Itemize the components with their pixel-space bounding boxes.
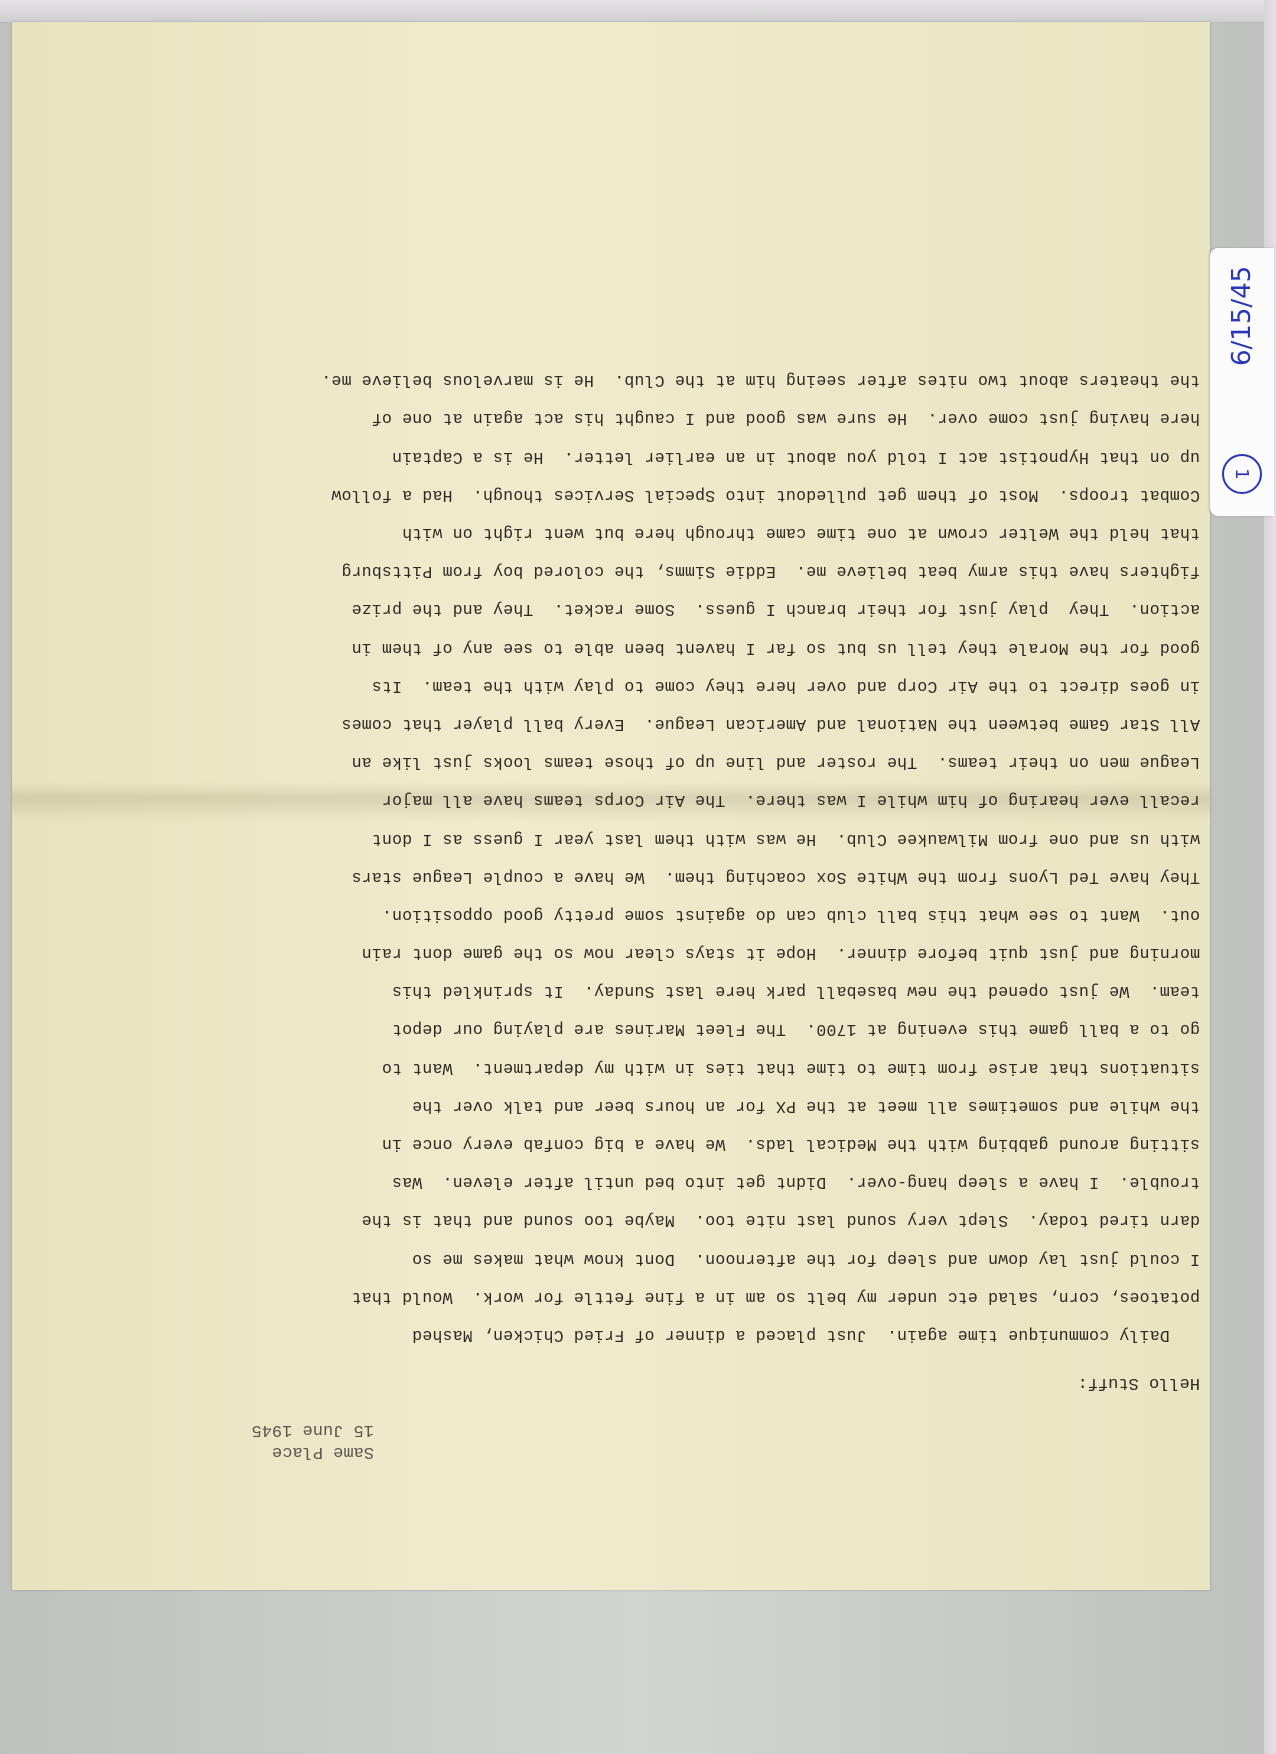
body-line: recall ever hearing of him while I was t… xyxy=(40,781,1200,819)
body-line: fighters have this army beat believe me.… xyxy=(40,552,1200,590)
heading-place: Same Place xyxy=(94,1440,374,1462)
body-line: All Star Game between the National and A… xyxy=(40,705,1200,743)
tab-date-handwritten: 6/15/45 xyxy=(1216,266,1268,366)
body-line: They have Ted Lyons from the White Sox c… xyxy=(40,858,1200,896)
body-line: in goes direct to the Air Corp and over … xyxy=(40,667,1200,705)
body-line: the theaters about two nites after seein… xyxy=(40,361,1200,399)
letter-body: Daily communique time again. Just placed… xyxy=(40,361,1200,1354)
body-line: good for the Morale they tell us but so … xyxy=(40,628,1200,666)
body-line: I could just lay down and sleep for the … xyxy=(40,1239,1200,1277)
body-line: League men on their teams. The roster an… xyxy=(40,743,1200,781)
body-line: Combat troops. Most of them get pulledou… xyxy=(40,476,1200,514)
body-line: trouble. I have a sleep hang-over. Didnt… xyxy=(40,1163,1200,1201)
body-line: situations that arise from time to time … xyxy=(40,1049,1200,1087)
body-line: with us and one from Milwaukee Club. He … xyxy=(40,819,1200,857)
body-line: sitting around gabbing with the Medical … xyxy=(40,1125,1200,1163)
body-line: action. They play just for their branch … xyxy=(40,590,1200,628)
body-line: Daily communique time again. Just placed… xyxy=(40,1316,1200,1354)
tab-page-number-circled: 1 xyxy=(1222,454,1262,494)
body-line: here having just come over. He sure was … xyxy=(40,399,1200,437)
body-line: the while and sometimes all meet at the … xyxy=(40,1087,1200,1125)
body-line: go to a ball game this evening at 1700. … xyxy=(40,1010,1200,1048)
body-line: that held the Welter crown at one time c… xyxy=(40,514,1200,552)
salutation: Hello Stuff: xyxy=(1078,1373,1200,1392)
body-line: out. Want to see what this ball club can… xyxy=(40,896,1200,934)
body-line: potatoes, corn, salad etc under my belt … xyxy=(40,1278,1200,1316)
index-tab: 6/15/45 1 xyxy=(1210,248,1274,516)
letter-heading: Same Place 15 June 1945 xyxy=(94,1418,374,1462)
body-line: team. We just opened the new baseball pa… xyxy=(40,972,1200,1010)
sleeve-top-edge xyxy=(0,0,1276,23)
body-line: morning and just quit before dinner. Hop… xyxy=(40,934,1200,972)
heading-date: 15 June 1945 xyxy=(94,1418,374,1440)
body-line: darn tired today. Slept very sound last … xyxy=(40,1201,1200,1239)
letter-content-rotated: Same Place 15 June 1945 Hello Stuff: Dai… xyxy=(12,22,1210,1590)
body-line: up on that Hypnotist act I told you abou… xyxy=(40,438,1200,476)
letter-page: Same Place 15 June 1945 Hello Stuff: Dai… xyxy=(12,22,1210,1590)
